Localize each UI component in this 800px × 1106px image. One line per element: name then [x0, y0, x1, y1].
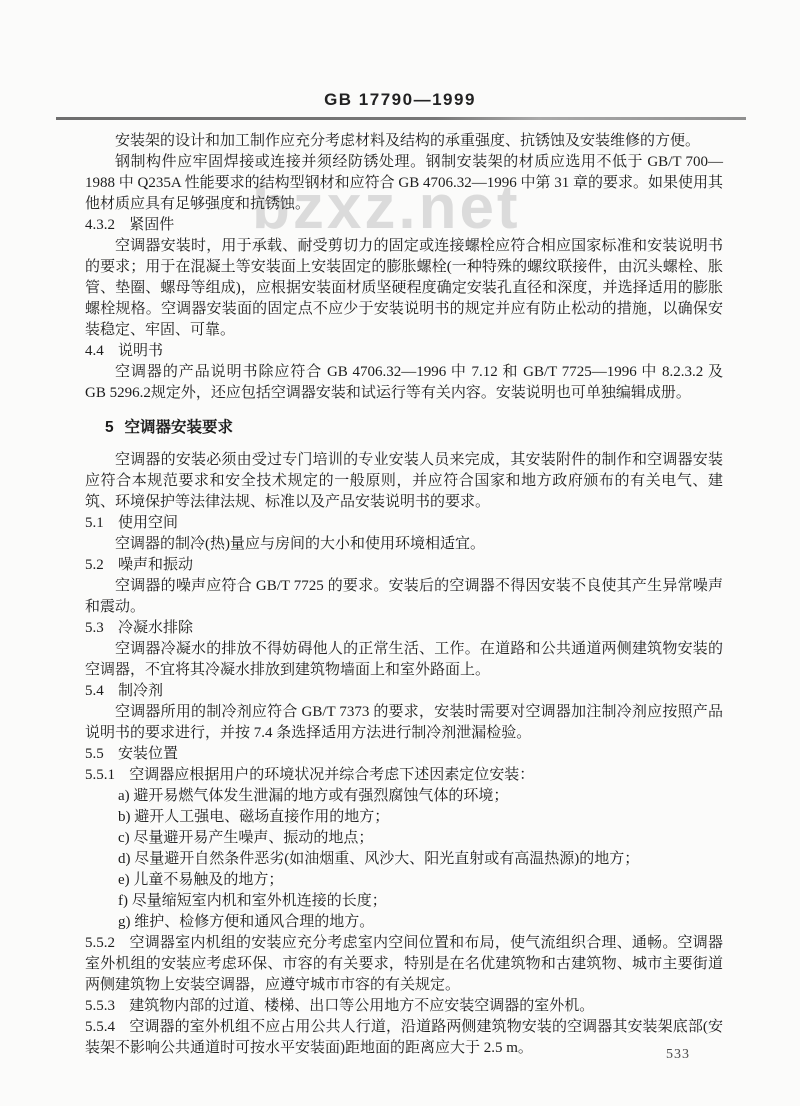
clause-text: 建筑物内部的过道、楼梯、出口等公用地方不应安装空调器的室外机。 — [129, 998, 594, 1014]
paragraph: 空调器所用的制冷剂应符合 GB/T 7373 的要求，安装时需要对空调器加注制冷… — [85, 702, 723, 744]
section-title: 紧固件 — [129, 217, 174, 233]
section-title: 使用空间 — [118, 515, 178, 531]
clause-text: 空调器的室外机组不应占用公共人行道，沿道路两侧建筑物安装的空调器其安装架底部(安… — [85, 1019, 723, 1056]
section-heading: 5.3冷凝水排除 — [85, 618, 723, 639]
list-item: c) 尽量避开易产生噪声、振动的地点； — [118, 828, 723, 849]
section-number: 5.3 — [85, 620, 104, 636]
section-title: 制冷剂 — [118, 683, 163, 699]
header-rule — [56, 117, 746, 120]
clause: 5.5.1空调器应根据用户的环境状况并综合考虑下述因素定位安装： — [85, 765, 723, 786]
chapter-title: 空调器安装要求 — [124, 419, 233, 436]
section-number: 4.4 — [85, 343, 104, 359]
list-item: g) 维护、检修方便和通风合理的地方。 — [118, 912, 723, 933]
section-number: 5.1 — [85, 515, 104, 531]
section-title: 噪声和振动 — [118, 557, 193, 573]
clause: 5.5.2空调器室内机组的安装应充分考虑室内空间位置和布局，使气流组织合理、通畅… — [85, 933, 723, 996]
chapter-heading: 5空调器安装要求 — [105, 417, 723, 438]
section-heading: 5.1使用空间 — [85, 513, 723, 534]
paragraph: 空调器的产品说明书除应符合 GB 4706.32—1996 中 7.12 和 G… — [85, 362, 723, 404]
chapter-number: 5 — [105, 419, 114, 436]
clause: 5.5.4空调器的室外机组不应占用公共人行道，沿道路两侧建筑物安装的空调器其安装… — [85, 1017, 723, 1059]
clause-number: 5.5.3 — [85, 998, 115, 1014]
section-heading: 5.2噪声和振动 — [85, 555, 723, 576]
section-heading: 5.5安装位置 — [85, 744, 723, 765]
clause-number: 5.5.1 — [85, 767, 115, 783]
page-number: 533 — [666, 1047, 690, 1063]
paragraph: 空调器安装时，用于承载、耐受剪切力的固定或连接螺栓应符合相应国家标准和安装说明书… — [85, 236, 723, 341]
paragraph: 空调器的噪声应符合 GB/T 7725 的要求。安装后的空调器不得因安装不良使其… — [85, 576, 723, 618]
section-heading: 4.4说明书 — [85, 341, 723, 362]
clause-text: 空调器室内机组的安装应充分考虑室内空间位置和布局，使气流组织合理、通畅。空调器室… — [85, 935, 723, 993]
section-number: 5.5 — [85, 746, 104, 762]
paragraph: 钢制构件应牢固焊接或连接并须经防锈处理。钢制安装架的材质应选用不低于 GB/T … — [85, 152, 723, 215]
clause: 5.5.3建筑物内部的过道、楼梯、出口等公用地方不应安装空调器的室外机。 — [85, 996, 723, 1017]
document-body: 安装架的设计和加工制作应充分考虑材料及结构的承重强度、抗锈蚀及安装维修的方便。 … — [85, 131, 723, 1059]
section-number: 4.3.2 — [85, 217, 115, 233]
section-heading: 5.4制冷剂 — [85, 681, 723, 702]
paragraph: 空调器冷凝水的排放不得妨碍他人的正常生活、工作。在道路和公共通道两侧建筑物安装的… — [85, 639, 723, 681]
list-item: d) 尽量避开自然条件恶劣(如油烟重、风沙大、阳光直射或有高温热源)的地方； — [118, 849, 723, 870]
section-number: 5.4 — [85, 683, 104, 699]
list-item: b) 避开人工强电、磁场直接作用的地方； — [118, 807, 723, 828]
section-title: 冷凝水排除 — [118, 620, 193, 636]
section-title: 安装位置 — [118, 746, 178, 762]
paragraph: 安装架的设计和加工制作应充分考虑材料及结构的承重强度、抗锈蚀及安装维修的方便。 — [85, 131, 723, 152]
paragraph: 空调器的安装必须由受过专门培训的专业安装人员来完成，其安装附件的制作和空调器安装… — [85, 450, 723, 513]
list-item: a) 避开易燃气体发生泄漏的地方或有强烈腐蚀气体的环境； — [118, 786, 723, 807]
section-heading: 4.3.2紧固件 — [85, 215, 723, 236]
list-item: e) 儿童不易触及的地方； — [118, 870, 723, 891]
paragraph: 空调器的制冷(热)量应与房间的大小和使用环境相适宜。 — [85, 534, 723, 555]
section-number: 5.2 — [85, 557, 104, 573]
standard-code-header: GB 17790—1999 — [0, 90, 800, 110]
clause-text: 空调器应根据用户的环境状况并综合考虑下述因素定位安装： — [129, 767, 534, 783]
list-item: f) 尽量缩短室内机和室外机连接的长度； — [118, 891, 723, 912]
clause-number: 5.5.4 — [85, 1019, 115, 1035]
clause-number: 5.5.2 — [85, 935, 115, 951]
document-page: GB 17790—1999 bzxz.net 安装架的设计和加工制作应充分考虑材… — [0, 0, 800, 1106]
section-title: 说明书 — [118, 343, 163, 359]
